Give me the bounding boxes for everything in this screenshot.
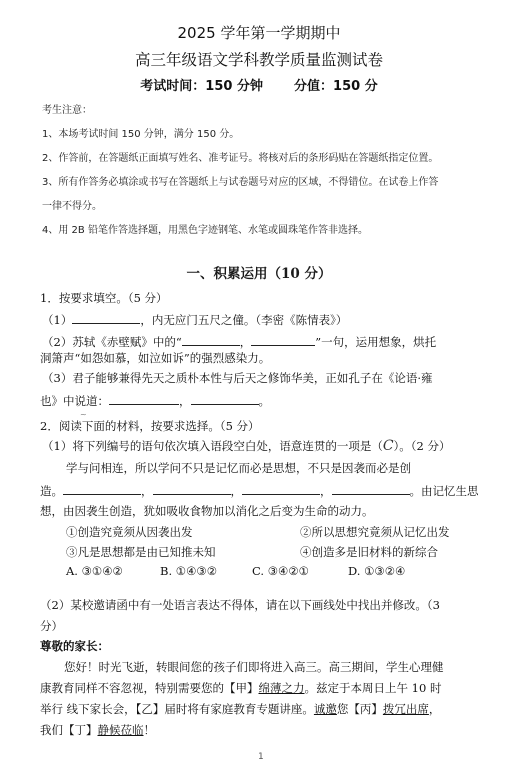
underlined-phrase-jia: 绵薄之力	[259, 681, 305, 695]
blank-field[interactable]	[63, 482, 141, 495]
letter-salutation: 尊敬的家长：	[40, 638, 109, 654]
choice-d[interactable]: D. ①③②④	[348, 564, 405, 578]
exam-time: 考试时间：150 分钟	[140, 79, 263, 94]
note-item-2: 2、作答前，在答题纸正面填写姓名、准考证号。将核对后的条形码贴在答题纸指定位置。	[42, 149, 438, 164]
blank-field[interactable]	[72, 311, 140, 324]
exam-meta: 考试时间：150 分钟 分值：150 分	[0, 75, 518, 94]
exam-title-term: 2025 学年第一学期期中	[0, 22, 518, 43]
underlined-phrase-ding: 静候莅临	[98, 723, 144, 737]
note-item-1: 1、本场考试时间 150 分钟，满分 150 分。	[42, 125, 239, 140]
exam-title-subject: 高三年级语文学科教学质量监测试卷	[0, 48, 518, 70]
blank-field[interactable]	[153, 482, 231, 495]
statement-3: ③凡是思想都是由已知推未知	[66, 544, 216, 560]
passage-line-3: 想，由因袭生创造，犹如吸收食物加以消化之后变为生命的动力。	[40, 503, 374, 519]
q1-part2: （2）苏轼《赤壁赋》中的“，”一句，运用想象，烘托	[42, 333, 436, 350]
blank-field[interactable]	[191, 392, 259, 405]
q1-part3-cont: 也》中说道：，。	[40, 392, 270, 409]
q2-heading: 2．阅读下面的材料，按要求选择。（5 分）	[40, 418, 260, 434]
choice-a[interactable]: A. ③①④②	[66, 564, 123, 578]
letter-line-3: 举行 线下家长会，【乙】届时将有家庭教育专题讲座。诚邀您【丙】拨冗出席，	[40, 701, 440, 717]
underlined-phrase-yi: 诚邀	[314, 702, 337, 716]
note-item-3-cont: 一律不得分。	[42, 197, 102, 212]
q2-sub2-cont: 分）	[40, 618, 63, 634]
blank-field[interactable]	[109, 392, 179, 405]
blank-field[interactable]	[251, 333, 315, 346]
note-item-4: 4、用 2B 铅笔作答选择题，用黑色字迹钢笔、水笔或圆珠笔作答非选择。	[42, 221, 368, 236]
handwritten-answer: C	[383, 438, 394, 454]
exam-score: 分值：150 分	[294, 79, 378, 94]
note-item-3: 3、所有作答务必填涂或书写在答题纸上与试卷题号对应的区域，不得错位。在试卷上作答	[42, 173, 438, 188]
q1-part3: （3）君子能够兼得先天之质朴本性与后天之修饰华美，正如孔子在《论语·雍	[42, 370, 432, 386]
blank-field[interactable]	[182, 333, 240, 346]
passage-line-2: 造。，，，。由记忆生思	[40, 482, 479, 499]
page-number: 1	[258, 752, 264, 762]
q1-heading: 1．按要求填空。（5 分）	[40, 290, 168, 306]
letter-line-1: 您好！时光飞逝，转眼间您的孩子们即将进入高三。高三期间，学生心理健	[64, 659, 444, 675]
statement-2: ②所以思想究竟须从记忆出发	[300, 524, 450, 540]
exam-page: 2025 学年第一学期期中 高三年级语文学科教学质量监测试卷 考试时间：150 …	[0, 0, 518, 770]
blank-field[interactable]	[332, 482, 410, 495]
q2-sub1: （1）将下列编号的语句依次填入语段空白处，语意连贯的一项是（C）。（2 分）	[42, 438, 451, 454]
blank-field[interactable]	[242, 482, 320, 495]
underlined-phrase-bing: 拨冗出席	[383, 702, 429, 716]
passage-line-1: 学与问相连，所以学问不只是记忆而必是思想，不只是因袭而必是创	[66, 460, 411, 476]
letter-line-2: 康教育同样不容忽视，特别需要您的【甲】绵薄之力。兹定于本周日上午 10 时	[40, 680, 441, 696]
section-title: 一、积累运用（10 分）	[0, 262, 518, 282]
statement-4: ④创造多是旧材料的新综合	[300, 544, 438, 560]
letter-line-4: 我们【丁】静候莅临！	[40, 722, 155, 738]
choice-c[interactable]: C. ③④②①	[252, 564, 309, 578]
q2-sub2: （2）某校邀请函中有一处语言表达不得体，请在以下画线处中找出并修改。（3	[40, 597, 440, 613]
choice-b[interactable]: B. ①④③②	[160, 564, 217, 578]
notes-heading: 考生注意：	[42, 101, 92, 116]
q1-part2-cont: 洞箫声“如怨如慕，如泣如诉”的强烈感染力。	[40, 350, 270, 366]
q1-part1: （1），内无应门五尺之僮。（李密《陈情表》）	[42, 311, 347, 328]
statement-1: ①创造究竟须从因袭出发	[66, 524, 193, 540]
